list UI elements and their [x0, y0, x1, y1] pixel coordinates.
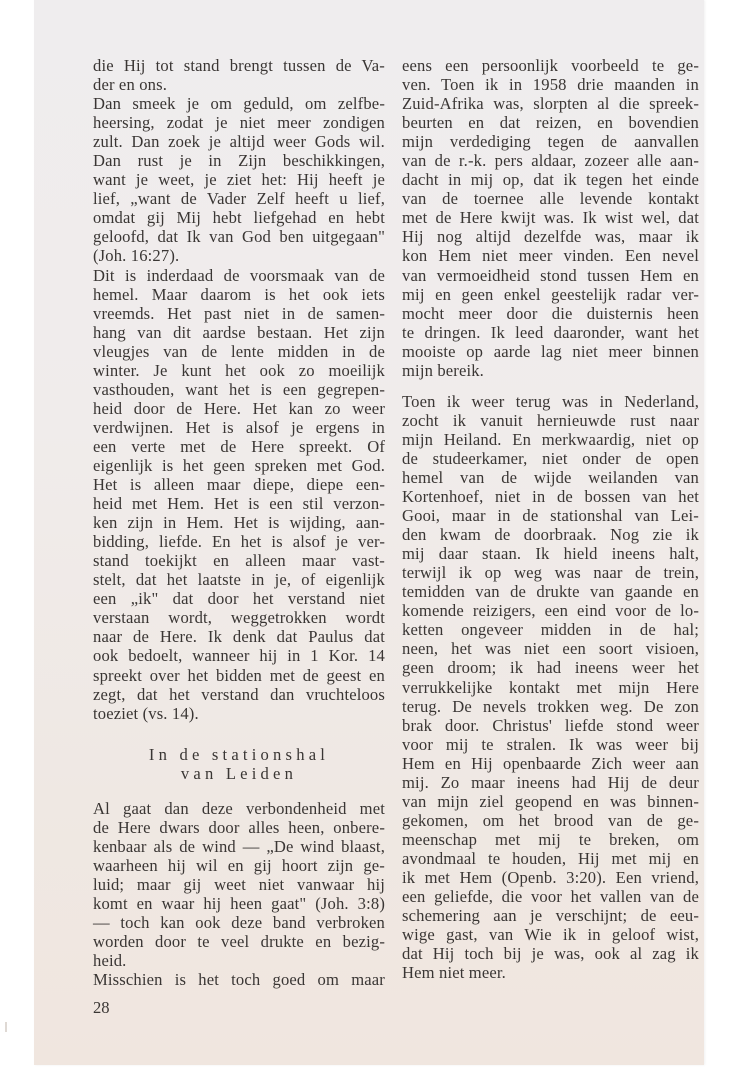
text-line: ven. Toen ik in 1958 drie maanden in	[402, 75, 699, 94]
text-line: hemel. Maar daarom is het ook iets	[93, 285, 385, 304]
text-line: voor mij te stralen. Ik was weer bij	[402, 735, 699, 754]
text-line: lief, „want de Vader Zelf heeft u lief,	[93, 189, 385, 208]
text-line: terug. De nevels trokken weg. De zon	[402, 697, 699, 716]
text-line: mocht meer door die duisternis heen	[402, 304, 699, 323]
text-line: heid.	[93, 951, 385, 970]
text-line: Toen ik weer terug was in Nederland,	[402, 392, 699, 411]
text-line: naar de Here. Ik denk dat Paulus dat	[93, 627, 385, 646]
text-line: geen droom; ik had ineens weer het	[402, 658, 699, 677]
text-line: hemel van de wijde weilanden van	[402, 468, 699, 487]
text-line: komt en waar hij heen gaat" (Joh. 3:8)	[93, 894, 385, 913]
section-heading-line-2: van Leiden	[93, 764, 385, 783]
text-line: ketten ongeveer midden in de hal;	[402, 620, 699, 639]
text-line: bidding, liefde. En het is alsof je ver-	[93, 532, 385, 551]
text-line: mij daar staan. Ik hield ineens halt,	[402, 544, 699, 563]
text-line: Kortenhoef, niet in de bossen van het	[402, 487, 699, 506]
text-line: Hij nog altijd dezelfde was, maar ik	[402, 227, 699, 246]
paragraph: die Hij tot stand brengt tussen de Va-de…	[93, 56, 385, 94]
text-line: van de r.-k. pers aldaar, zozeer alle aa…	[402, 151, 699, 170]
text-line: een verte met de Here spreekt. Of	[93, 437, 385, 456]
text-line: geloofd, dat Ik van God ben uitgegaan"	[93, 227, 385, 246]
text-line: verstaan wordt, weggetrokken wordt	[93, 608, 385, 627]
text-line: den kwam de doorbraak. Nog zie ik	[402, 525, 699, 544]
text-line: de Here dwars door alles heen, onbere-	[93, 818, 385, 837]
text-line: dat Hij toch bij je was, ook al zag ik	[402, 944, 699, 963]
text-line: Hem niet meer.	[402, 963, 699, 982]
text-line: vreemds. Het past niet in de samen-	[93, 304, 385, 323]
text-line: van de toernee alle levende kontakt	[402, 189, 699, 208]
text-line: die Hij tot stand brengt tussen de Va-	[93, 56, 385, 75]
text-line: kon Hem niet meer vinden. Een nevel	[402, 246, 699, 265]
text-line: verdwijnen. Het is alsof je ergens in	[93, 418, 385, 437]
text-line: stelt, dat het laatste in je, of eigenli…	[93, 570, 385, 589]
text-line: worden door te veel drukte en bezig-	[93, 932, 385, 951]
text-line: dacht in mij op, dat ik tegen het einde	[402, 170, 699, 189]
text-line: heersing, zodat je niet meer zondigen	[93, 113, 385, 132]
text-line: brak door. Christus' liefde stond weer	[402, 716, 699, 735]
text-line: (Joh. 16:27).	[93, 246, 385, 265]
text-line: mijn bereik.	[402, 361, 699, 380]
text-line: neen, het was niet een soort visioen,	[402, 639, 699, 658]
text-line: — toch kan ook deze band verbroken	[93, 913, 385, 932]
text-line: beurten en dat reizen, en bovendien	[402, 113, 699, 132]
text-line: wige gast, van Wie ik in geloof wist,	[402, 925, 699, 944]
right-column: eens een persoonlijk voorbeeld te ge-ven…	[402, 56, 699, 982]
text-line: mooiste op aarde lag niet meer binnen	[402, 342, 699, 361]
text-line: want je weet, je ziet het: Hij heeft je	[93, 170, 385, 189]
text-line: te dringen. Ik leed daaronder, want het	[402, 323, 699, 342]
text-line: de studeerkamer, niet onder de open	[402, 449, 699, 468]
text-line: een geliefde, die voor het vallen van de	[402, 887, 699, 906]
text-line: vasthouden, want het is een gegrepen-	[93, 380, 385, 399]
text-line: zult. Dan zoek je altijd weer Gods wil.	[93, 132, 385, 151]
text-line: verrukkelijke kontakt met mijn Here	[402, 678, 699, 697]
text-line: eigenlijk is het geen spreken met God.	[93, 456, 385, 475]
text-line: meenschap met mij te breken, om	[402, 830, 699, 849]
text-line: toeziet (vs. 14).	[93, 704, 385, 723]
text-line: Zuid-Afrika was, slorpten al die spreek-	[402, 94, 699, 113]
text-line: avondmaal te houden, Hij met mij en	[402, 849, 699, 868]
text-line: ook bedoelt, wanneer hij in 1 Kor. 14	[93, 646, 385, 665]
text-line: Dan rust je in Zijn beschikkingen,	[93, 151, 385, 170]
text-line: spreekt over het bidden met de geest en	[93, 666, 385, 685]
text-line: van vermoeidheid stond tussen Hem en	[402, 266, 699, 285]
text-line: een „ik" dat door het verstand niet	[93, 589, 385, 608]
paragraph: Dit is inderdaad de voorsmaak van deheme…	[93, 266, 385, 723]
section-heading-line-1: In de stationshal	[93, 745, 385, 764]
left-column: die Hij tot stand brengt tussen de Va-de…	[93, 56, 385, 989]
text-line: mijn verdediging tegen de aanvallen	[402, 132, 699, 151]
text-line: zocht ik vanuit hernieuwde rust naar	[402, 411, 699, 430]
text-line: mij. Zo maar ineens had Hij de deur	[402, 773, 699, 792]
text-line: Gooi, maar in de stationshal van Lei-	[402, 506, 699, 525]
text-line: kenbaar als de wind — „De wind blaast,	[93, 837, 385, 856]
text-line: Hem en Hij openbaarde Zich weer aan	[402, 754, 699, 773]
text-line: met de Here kwijt was. Ik wist wel, dat	[402, 208, 699, 227]
text-line: winter. Je kunt het ook zo moeilijk	[93, 361, 385, 380]
text-line: eens een persoonlijk voorbeeld te ge-	[402, 56, 699, 75]
paragraph: Toen ik weer terug was in Nederland,zoch…	[402, 392, 699, 982]
text-line: van mijn ziel geopend en was binnen-	[402, 792, 699, 811]
paragraph: Misschien is het toch goed om maar	[93, 970, 385, 989]
text-line: ik met Hem (Openb. 3:20). Een vriend,	[402, 868, 699, 887]
text-line: luid; maar gij weet niet vanwaar hij	[93, 875, 385, 894]
text-line: Al gaat dan deze verbondenheid met	[93, 799, 385, 818]
text-line: Het is alleen maar diepe, diepe een-	[93, 475, 385, 494]
text-line: heid door de Here. Het kan zo weer	[93, 399, 385, 418]
text-line: ken zijn in Hem. Het is wijding, aan-	[93, 513, 385, 532]
text-line: temidden van de drukte van gaande en	[402, 582, 699, 601]
text-line: schemering aan je verschijnt; de eeu-	[402, 906, 699, 925]
text-line: mijn Heiland. En merkwaardig, niet op	[402, 430, 699, 449]
text-line: vleugjes van de lente midden in de	[93, 342, 385, 361]
page-number: 28	[93, 998, 110, 1018]
text-line: Dan smeek je om geduld, om zelfbe-	[93, 94, 385, 113]
paragraph: eens een persoonlijk voorbeeld te ge-ven…	[402, 56, 699, 380]
text-line: terwijl ik op weg was naar de trein,	[402, 563, 699, 582]
text-line: gekomen, om het brood van de ge-	[402, 811, 699, 830]
text-line: der en ons.	[93, 75, 385, 94]
scan-smudge	[5, 1022, 7, 1032]
paragraph: Al gaat dan deze verbondenheid metde Her…	[93, 799, 385, 970]
text-line: stand toekijkt en alleen maar vast-	[93, 551, 385, 570]
text-line: omdat gij Mij hebt liefgehad en hebt	[93, 208, 385, 227]
text-line: heid met Hem. Het is een stil verzon-	[93, 494, 385, 513]
text-line: waarheen hij wil en gij hoort zijn ge-	[93, 856, 385, 875]
paragraph: Dan smeek je om geduld, om zelfbe-heersi…	[93, 94, 385, 265]
text-line: komende reizigers, een eind voor de lo-	[402, 601, 699, 620]
text-line: mij en geen enkel geestelijk radar ver-	[402, 285, 699, 304]
text-line: Dit is inderdaad de voorsmaak van de	[93, 266, 385, 285]
text-line: zegt, dat het verstand dan vruchteloos	[93, 685, 385, 704]
text-line: Misschien is het toch goed om maar	[93, 970, 385, 989]
text-line: hang van dit aardse bestaan. Het zijn	[93, 323, 385, 342]
book-page: die Hij tot stand brengt tussen de Va-de…	[34, 0, 704, 1065]
